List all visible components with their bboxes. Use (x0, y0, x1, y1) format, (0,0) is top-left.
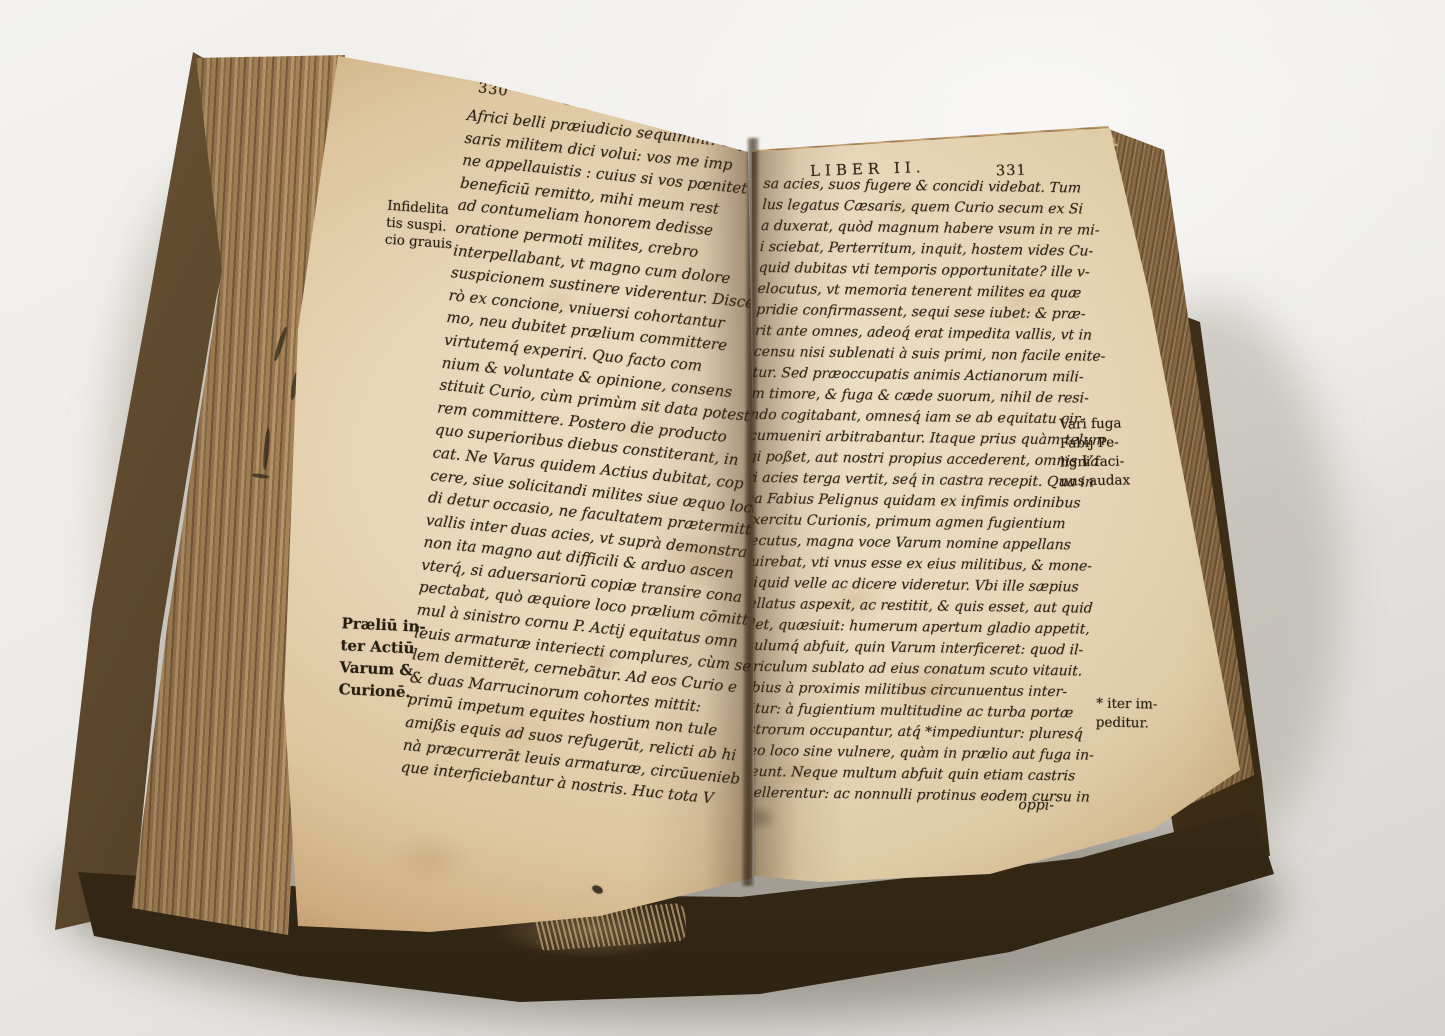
gutter-shadow-left (636, 90, 758, 900)
margin-note-line: * iter im- (1096, 695, 1158, 715)
right-margin-note-top: Vari fugaFabij Pe-ligni faci-nus audax (1059, 415, 1130, 492)
margin-note-line: Curionē. (338, 680, 423, 706)
margin-note-line: Fabij Pe- (1060, 434, 1130, 454)
right-margin-note-bottom: * iter im-peditur. (1096, 695, 1158, 734)
margin-note-line: nus audax (1060, 472, 1130, 492)
book-photo: 330 DE BELLO CIVI Africi belli præiudici… (0, 0, 1445, 1036)
margin-note-line: ligni faci- (1060, 453, 1130, 473)
left-margin-note-bottom: Præliū in-ter ActiūVarum &Curionē. (338, 614, 426, 706)
gutter-shadow-right (750, 100, 845, 900)
right-page-number: 331 (996, 162, 1027, 179)
margin-note-line: Vari fuga (1059, 415, 1129, 435)
left-margin-note-top: Infidelitatis suspi.cio grauis (384, 198, 455, 254)
margin-note-line: peditur. (1096, 714, 1158, 734)
catchword: oppi- (968, 796, 1054, 813)
